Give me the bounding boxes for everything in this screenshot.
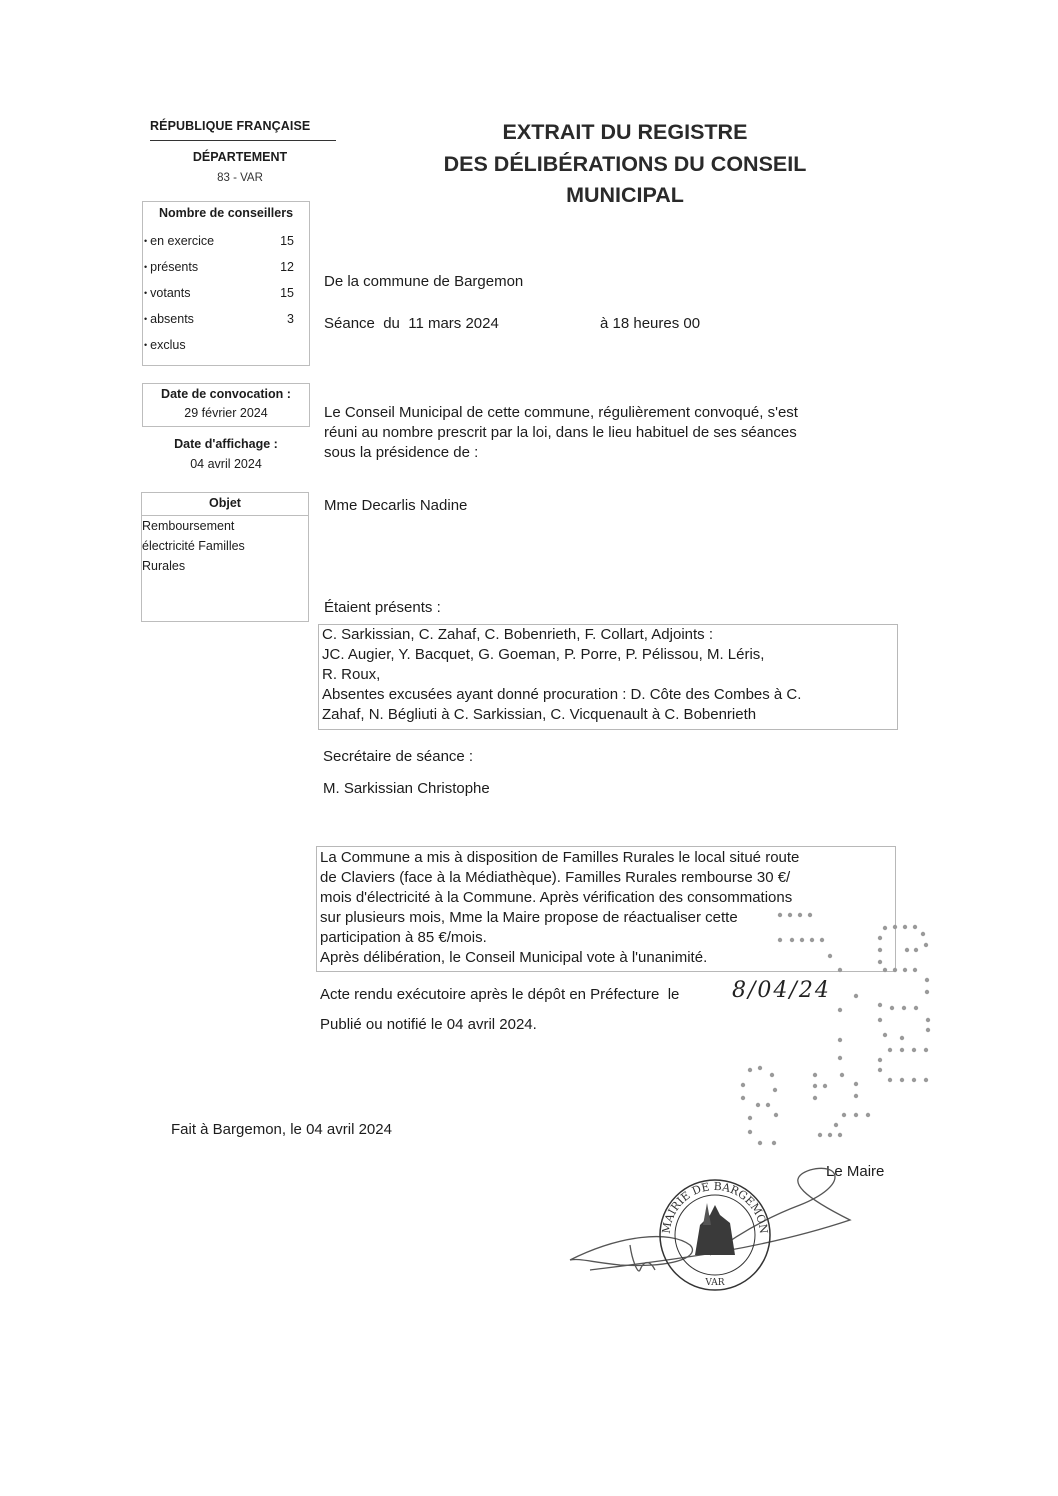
- convocation-label: Date de convocation :: [142, 387, 310, 401]
- intro-line: Le Conseil Municipal de cette commune, r…: [324, 403, 894, 423]
- title-line-2: DES DÉLIBÉRATIONS DU CONSEIL: [380, 149, 870, 181]
- count-label: présents: [144, 260, 198, 274]
- convocation-date: 29 février 2024: [142, 406, 310, 420]
- presents-label: Étaient présents :: [324, 598, 441, 618]
- count-label: votants: [144, 286, 190, 300]
- count-row-exclus: exclus: [144, 338, 304, 352]
- mairie-seal-icon: MAIRIE DE BARGEMON VAR: [655, 1175, 775, 1295]
- count-row-en-exercice: en exercice 15: [144, 234, 304, 248]
- departement-label: DÉPARTEMENT: [140, 150, 340, 164]
- conseillers-title: Nombre de conseillers: [142, 206, 310, 220]
- seal-text-bottom: VAR: [704, 1278, 724, 1288]
- count-row-absents: absents 3: [144, 312, 304, 326]
- fait-a-bargemon: Fait à Bargemon, le 04 avril 2024: [171, 1121, 392, 1138]
- seance-heure: à 18 heures 00: [600, 314, 700, 334]
- affichage-label: Date d'affichage :: [142, 437, 310, 451]
- secretaire-name: M. Sarkissian Christophe: [323, 779, 490, 799]
- deliberation-line: de Claviers (face à la Médiathèque). Fam…: [320, 868, 895, 888]
- presents-line: JC. Augier, Y. Bacquet, G. Goeman, P. Po…: [322, 645, 897, 665]
- document-title: EXTRAIT DU REGISTRE DES DÉLIBÉRATIONS DU…: [380, 117, 870, 212]
- intro-line: réuni au nombre prescrit par la loi, dan…: [324, 423, 894, 443]
- count-label: exclus: [144, 338, 186, 352]
- header-underline: [150, 140, 336, 141]
- seance-date: Séance du 11 mars 2024: [324, 314, 499, 334]
- objet-line: électricité Familles: [142, 536, 302, 556]
- presents-line: Absentes excusées ayant donné procuratio…: [322, 685, 897, 705]
- presents-line: C. Sarkissian, C. Zahaf, C. Bobenrieth, …: [322, 625, 897, 645]
- count-value: 12: [264, 260, 304, 274]
- presents-line: R. Roux,: [322, 665, 897, 685]
- intro-line: sous la présidence de :: [324, 443, 894, 463]
- acte-executoire: Acte rendu exécutoire après le dépôt en …: [320, 985, 679, 1005]
- count-value: 15: [264, 234, 304, 248]
- deliberation-line: La Commune a mis à disposition de Famill…: [320, 848, 895, 868]
- presents-list: C. Sarkissian, C. Zahaf, C. Bobenrieth, …: [322, 625, 897, 725]
- commune-name: De la commune de Bargemon: [324, 272, 523, 292]
- count-value: 3: [264, 312, 304, 326]
- count-value: [264, 338, 304, 352]
- count-row-presents: présents 12: [144, 260, 304, 274]
- count-value: 15: [264, 286, 304, 300]
- presents-line: Zahaf, N. Bégliuti à C. Sarkissian, C. V…: [322, 705, 897, 725]
- objet-text: Remboursement électricité Familles Rural…: [142, 516, 302, 576]
- departement-value: 83 - VAR: [140, 172, 340, 184]
- secretaire-label: Secrétaire de séance :: [323, 747, 473, 767]
- objet-line: Rurales: [142, 556, 302, 576]
- count-label: absents: [144, 312, 194, 326]
- intro-paragraph: Le Conseil Municipal de cette commune, r…: [324, 403, 894, 463]
- title-line-1: EXTRAIT DU REGISTRE: [380, 117, 870, 149]
- perforated-date-stamp-icon: [740, 900, 980, 1150]
- title-line-3: MUNICIPAL: [380, 180, 870, 212]
- objet-line: Remboursement: [142, 516, 302, 536]
- affichage-date: 04 avril 2024: [142, 457, 310, 471]
- republique-francaise: RÉPUBLIQUE FRANÇAISE: [150, 119, 338, 133]
- president-name: Mme Decarlis Nadine: [324, 496, 467, 516]
- objet-title: Objet: [141, 496, 309, 510]
- count-label: en exercice: [144, 234, 214, 248]
- publie-notifie: Publié ou notifié le 04 avril 2024.: [320, 1015, 537, 1035]
- count-row-votants: votants 15: [144, 286, 304, 300]
